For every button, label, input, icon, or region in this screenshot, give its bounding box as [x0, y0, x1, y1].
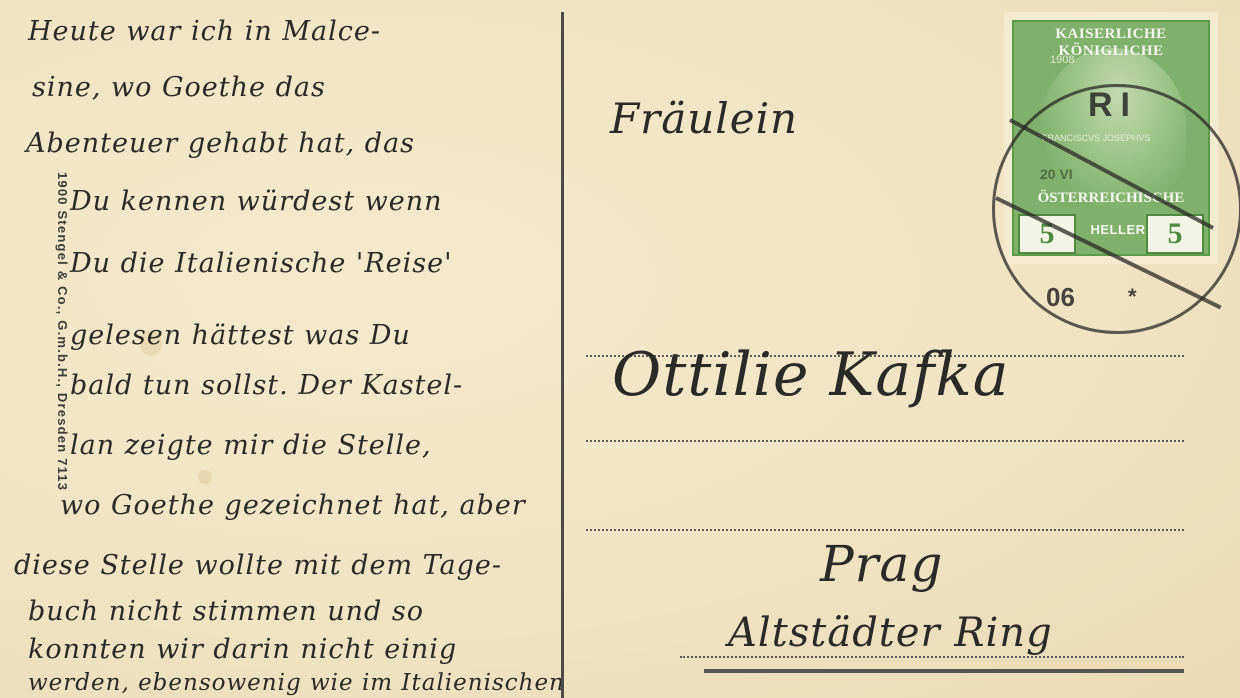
message-line: lan zeigte mir die Stelle, — [70, 430, 432, 461]
message-line: Abenteuer gehabt hat, das — [26, 128, 415, 159]
message-line: konnten wir darin nicht einig — [28, 634, 457, 665]
paper-stain — [198, 470, 212, 484]
address-line-3 — [586, 529, 1184, 531]
message-line: werden, ebensowenig wie im Italienischen — [28, 670, 565, 696]
postmark-year: 06 — [1046, 282, 1075, 313]
message-line: sine, wo Goethe das — [32, 72, 326, 103]
address-line-2 — [586, 440, 1184, 442]
postmark-date: 20 VI — [1040, 166, 1073, 182]
message-line: Heute war ich in Malce- — [28, 16, 381, 47]
postmark-town: RI — [1088, 86, 1138, 125]
message-line: diese Stelle wollte mit dem Tage- — [14, 550, 502, 581]
address-street: Altstädter Ring — [728, 610, 1053, 656]
center-divider — [561, 12, 564, 698]
address-line-4 — [680, 656, 1184, 658]
stamp-year: 1908 — [1050, 54, 1074, 66]
message-line: wo Goethe gezeichnet hat, aber — [60, 490, 526, 521]
address-baseline — [704, 669, 1184, 673]
postcard: 1900 Stengel & Co., G.m.b.H., Dresden 71… — [0, 0, 1240, 698]
postmark-star: * — [1128, 284, 1137, 310]
message-line: Du kennen würdest wenn — [70, 186, 443, 217]
address-salutation: Fräulein — [610, 94, 798, 143]
address-name: Ottilie Kafka — [612, 340, 1010, 410]
address-city: Prag — [820, 535, 943, 593]
message-line: gelesen hättest was Du — [70, 320, 411, 351]
message-line: Du die Italienische 'Reise' — [70, 248, 453, 279]
stamp-top-text: KAISERLICHE KÖNIGLICHE — [1014, 26, 1208, 60]
message-line: buch nicht stimmen und so — [28, 596, 424, 627]
message-line: bald tun sollst. Der Kastel- — [70, 370, 463, 401]
